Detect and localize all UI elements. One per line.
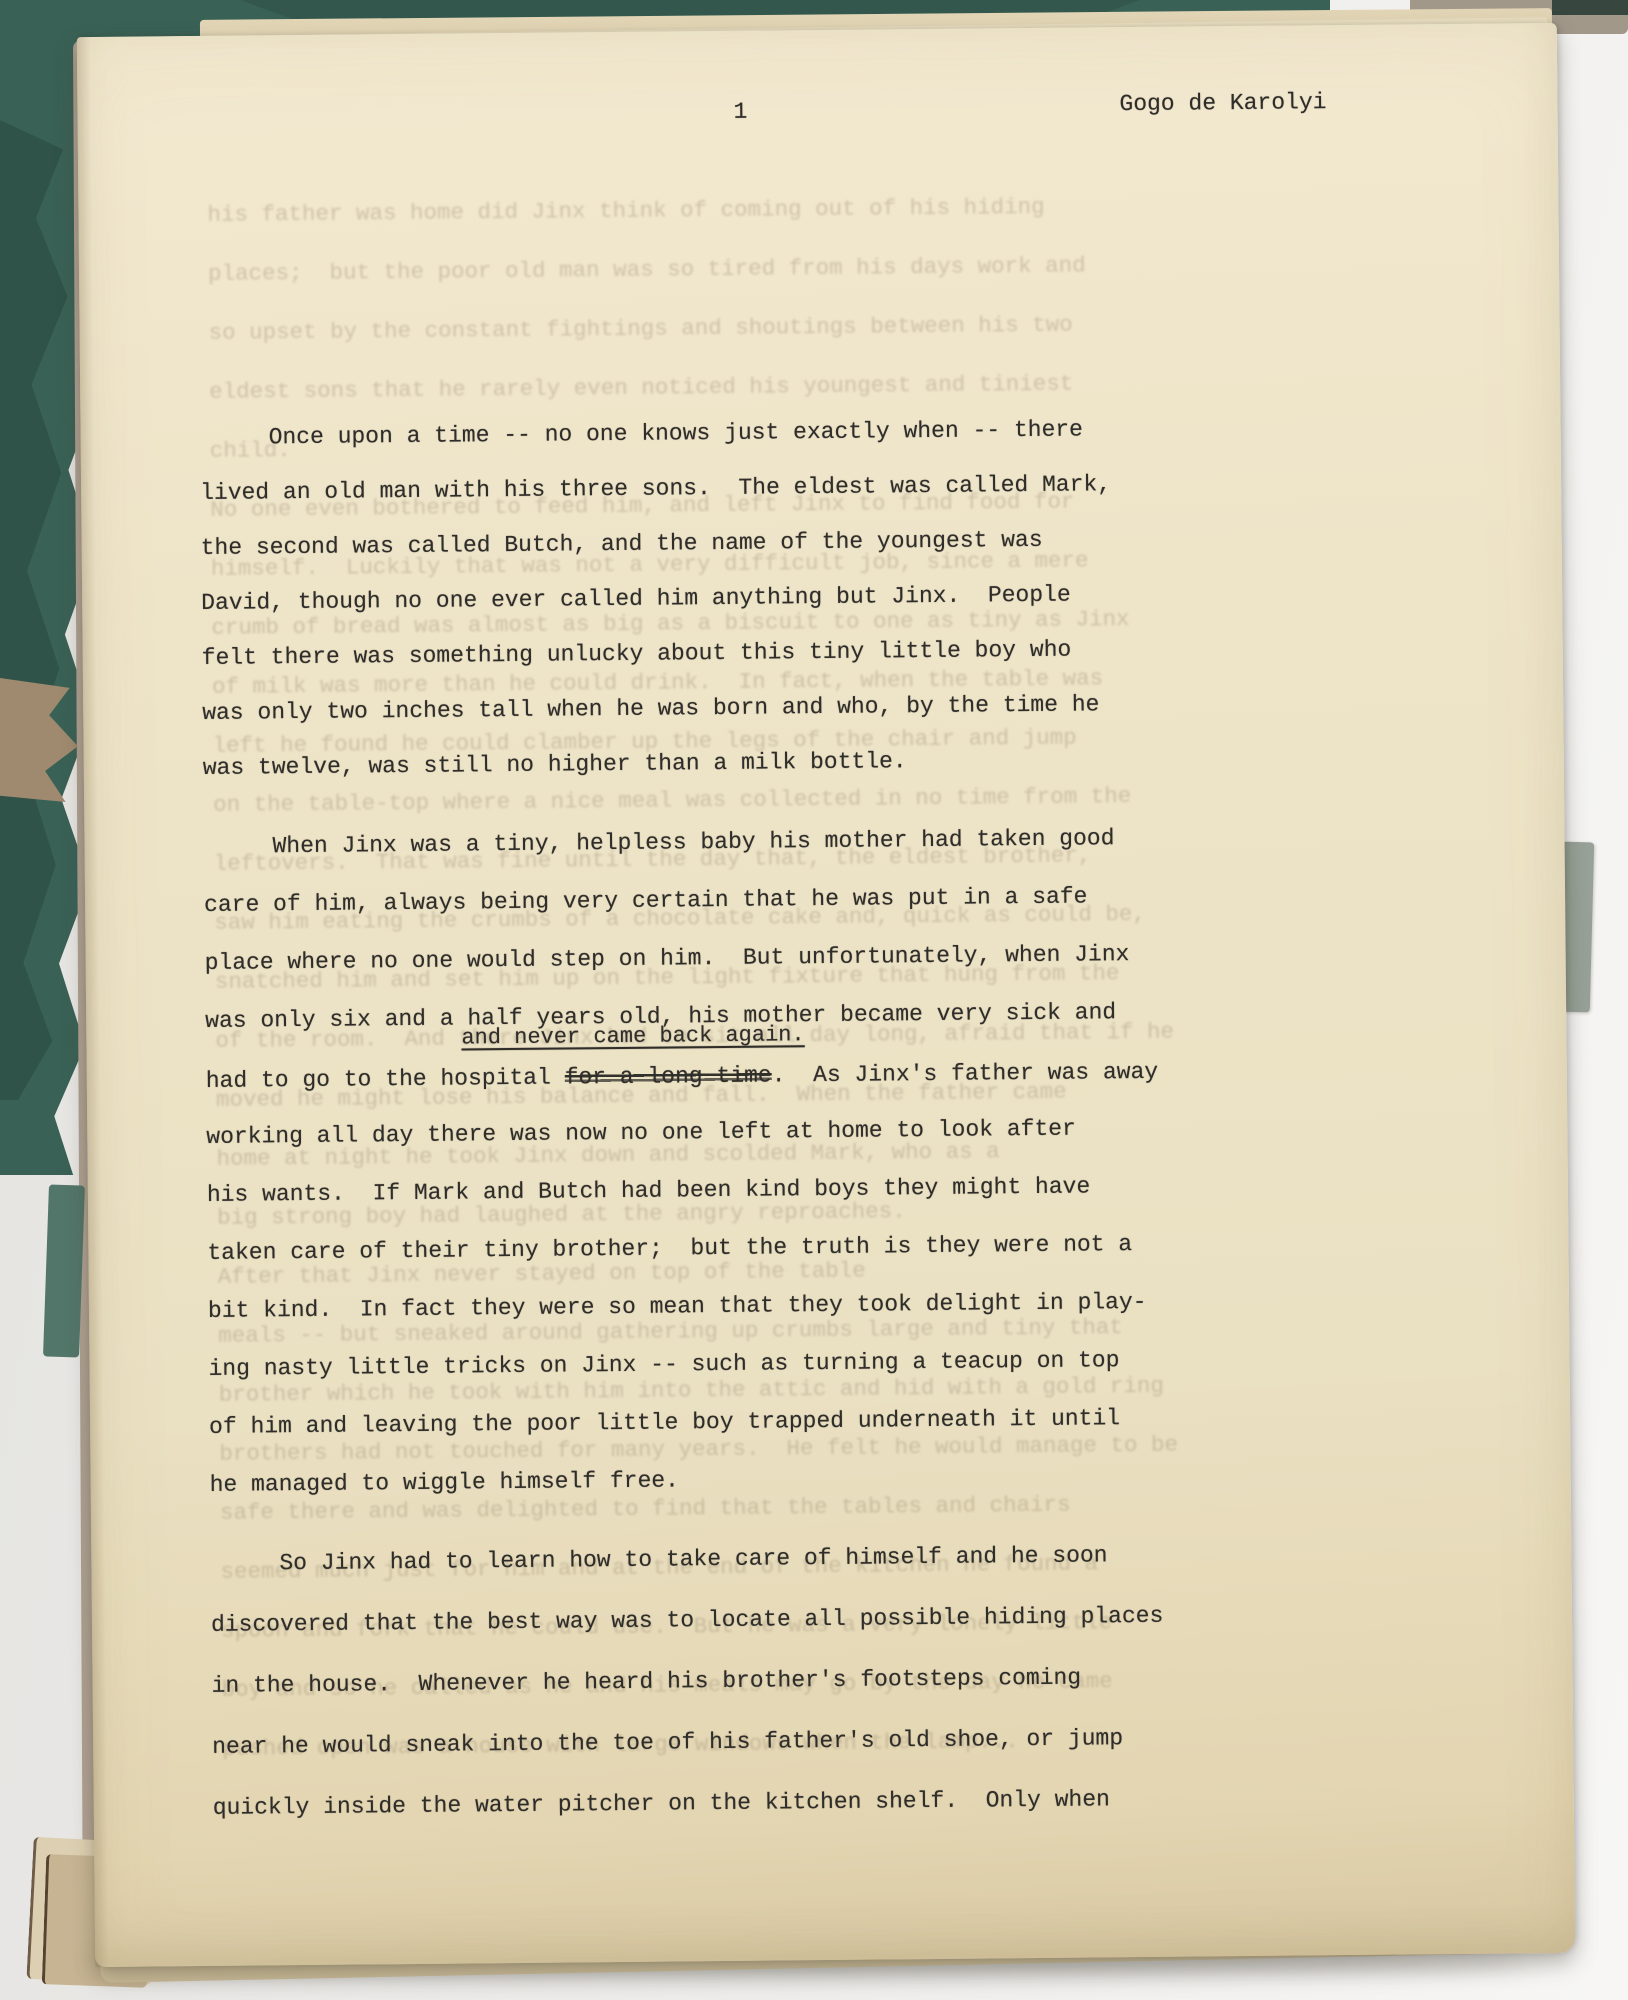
text-line: taken care of their tiny brother; but th… bbox=[207, 1215, 1146, 1282]
binder-cloth-top-right bbox=[1552, 0, 1628, 15]
text-line: was only two inches tall when he was bor… bbox=[202, 677, 1113, 741]
paragraph-1: Once upon a time -- no one knows just ex… bbox=[199, 402, 1114, 796]
text-line: David, though no one ever called him any… bbox=[201, 567, 1112, 631]
text-line: Once upon a time -- no one knows just ex… bbox=[199, 402, 1110, 466]
corrected-line-prefix: had to go to the hospital bbox=[206, 1065, 565, 1094]
text-line: quickly inside the water pitcher on the … bbox=[212, 1769, 1165, 1839]
ghost-text-line: so upset by the constant fightings and s… bbox=[208, 311, 1167, 379]
text-line: felt there was something unlucky about t… bbox=[201, 622, 1112, 686]
text-line: discovered that the best way was to loca… bbox=[211, 1586, 1164, 1656]
text-line: So Jinx had to learn how to take care of… bbox=[210, 1525, 1163, 1595]
text-line: lived an old man with his three sons. Th… bbox=[200, 457, 1111, 521]
ghost-text-line: his father was home did Jinx think of co… bbox=[207, 193, 1166, 261]
text-line: place where no one would step on him. Bu… bbox=[204, 925, 1129, 992]
text-line: ing nasty little tricks on Jinx -- such … bbox=[208, 1331, 1147, 1398]
binder-cloth-sliver-left bbox=[43, 1184, 85, 1357]
paragraph-3: So Jinx had to learn how to take care of… bbox=[210, 1525, 1165, 1839]
text-line: care of him, always being very certain t… bbox=[204, 867, 1129, 934]
text-line: the second was called Butch, and the nam… bbox=[200, 512, 1111, 576]
text-line: near he would sneak into the toe of his … bbox=[212, 1708, 1165, 1778]
paragraph-2-start: When Jinx was a tiny, helpless baby his … bbox=[203, 809, 1130, 1050]
text-line: was twelve, was still no higher than a m… bbox=[203, 732, 1114, 796]
text-line: he managed to wiggle himself free. bbox=[209, 1447, 1148, 1514]
text-line: his wants. If Mark and Butch had been ki… bbox=[207, 1157, 1146, 1224]
text-line: of him and leaving the poor little boy t… bbox=[209, 1389, 1148, 1456]
ghost-text-line: places; but the poor old man was so tire… bbox=[208, 252, 1167, 320]
text-line: in the house. Whenever he heard his brot… bbox=[211, 1647, 1164, 1717]
author-name: Gogo de Karolyi bbox=[1119, 89, 1326, 117]
text-line: bit kind. In fact they were so mean that… bbox=[208, 1273, 1147, 1340]
struck-text: for a long time bbox=[565, 1063, 772, 1091]
page-number: 1 bbox=[733, 99, 747, 125]
corrected-line-suffix: . As Jinx's father was away bbox=[772, 1059, 1159, 1089]
paragraph-2-end: working all day there was now no one lef… bbox=[206, 1099, 1148, 1514]
text-line: When Jinx was a tiny, helpless baby his … bbox=[203, 809, 1128, 876]
scanned-manuscript-photo: 1 Gogo de Karolyi his father was home di… bbox=[0, 0, 1628, 2000]
manuscript-page: 1 Gogo de Karolyi his father was home di… bbox=[77, 23, 1575, 1967]
text-line: working all day there was now no one lef… bbox=[206, 1099, 1145, 1166]
